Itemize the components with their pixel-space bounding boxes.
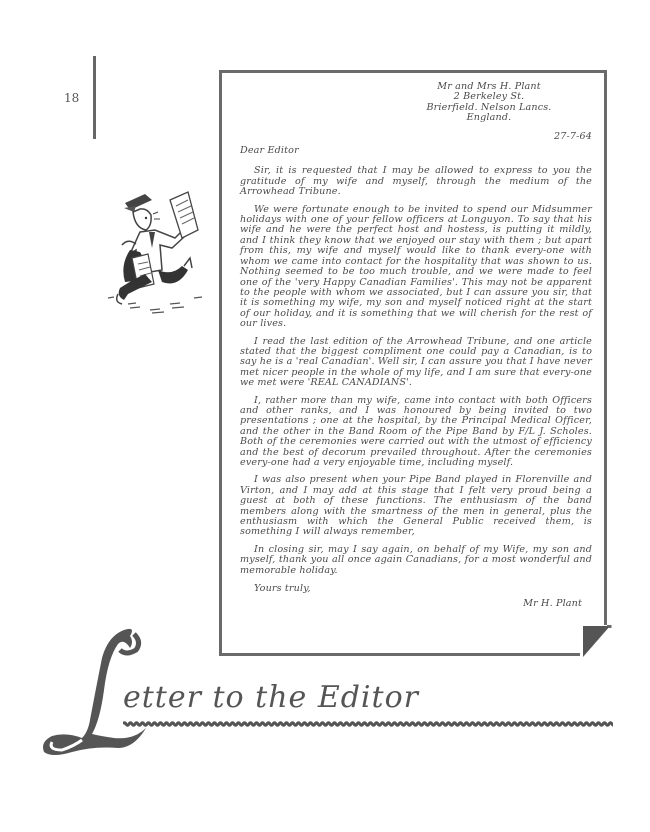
folded-corner-icon	[582, 625, 612, 659]
salutation: Dear Editor	[240, 146, 592, 156]
paragraph: We were fortunate enough to be invited t…	[240, 205, 592, 330]
paragraph: I read the last edition of the Arrowhead…	[240, 337, 592, 389]
signature: Mr H. Plant	[240, 599, 592, 609]
postman-running-icon	[100, 170, 210, 315]
address-line: England.	[404, 113, 574, 123]
margin-rule	[93, 56, 96, 139]
sender-address: Mr and Mrs H. Plant 2 Berkeley St. Brier…	[240, 82, 592, 124]
letter-date: 27-7-64	[240, 132, 592, 142]
paragraph: I, rather more than my wife, came into c…	[240, 396, 592, 469]
paragraph: I was also present when your Pipe Band p…	[240, 475, 592, 537]
paragraph: Sir, it is requested that I may be allow…	[240, 166, 592, 197]
page-number: 18	[64, 91, 79, 105]
paragraph: In closing sir, may I say again, on beha…	[240, 545, 592, 576]
letter-content: Mr and Mrs H. Plant 2 Berkeley St. Brier…	[240, 82, 592, 610]
illustration	[100, 170, 210, 315]
headline: etter to the Editor	[123, 680, 419, 715]
closing: Yours truly,	[254, 584, 592, 594]
wavy-rule	[123, 720, 613, 728]
